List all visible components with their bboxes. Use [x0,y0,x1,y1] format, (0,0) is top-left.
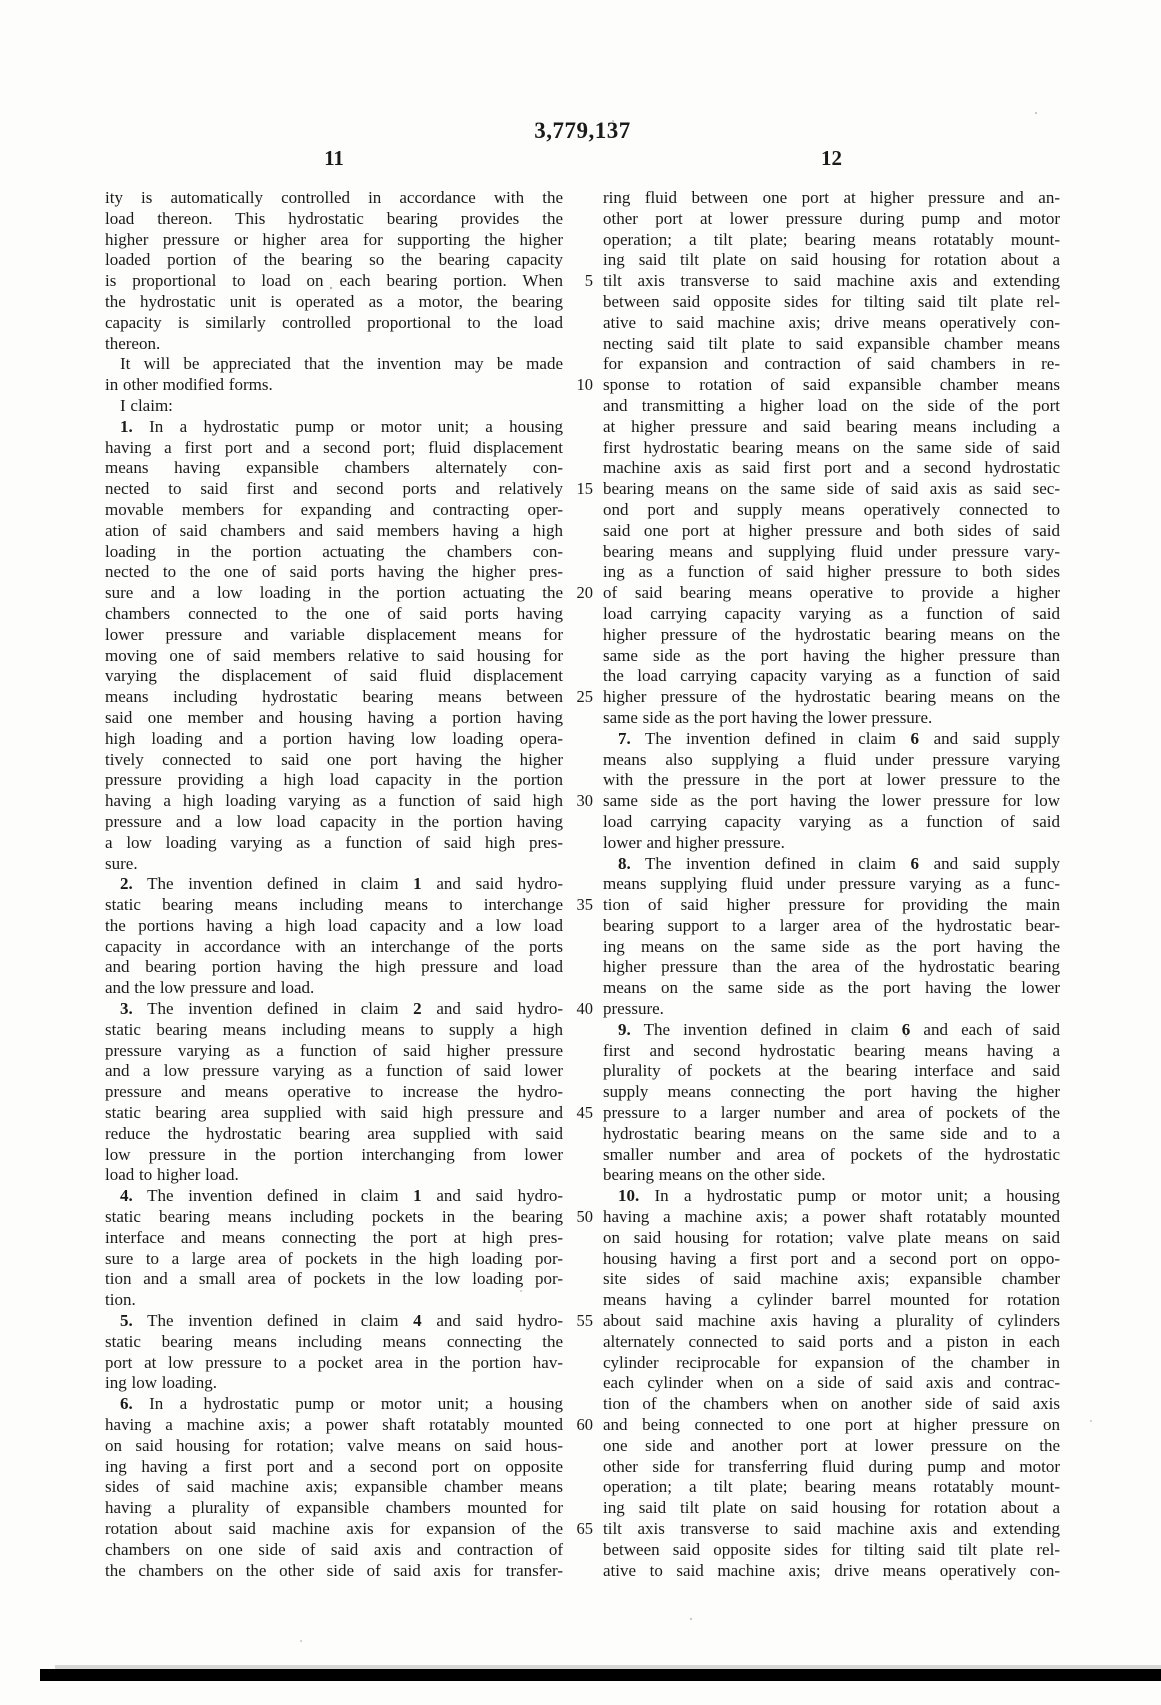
text-line: having a machine axis; a power shaft rot… [105,1415,563,1436]
text-line: the load carrying capacity varying as a … [603,666,1060,687]
text-line: the chambers on the other side of said a… [105,1561,563,1582]
left-column-text: ity is automatically controlled in accor… [105,188,563,1581]
text-line: on said housing for rotation; valve mean… [105,1436,563,1457]
text-line: tilt axis transverse to said machine axi… [603,271,1060,292]
text-line: site sides of said machine axis; expansi… [603,1269,1060,1290]
text-line: smaller number and area of pockets of th… [603,1145,1060,1166]
text-line: the hydrostatic unit is operated as a mo… [105,292,563,313]
text-line: 10. In a hydrostatic pump or motor unit;… [603,1186,1060,1207]
text-line: pressure and means operative to increase… [105,1082,563,1103]
text-line: and a low pressure varying as a function… [105,1061,563,1082]
text-line: nected to said first and second ports an… [105,479,563,500]
text-line: and being connected to one port at highe… [603,1415,1060,1436]
text-line: bearing support to a larger area of the … [603,916,1060,937]
text-line: 3. The invention defined in claim 2 and … [105,999,563,1020]
text-line: loading in the portion actuating the cha… [105,542,563,563]
text-line: It will be appreciated that the inventio… [105,354,563,375]
text-line: first hydrostatic bearing means on the s… [603,438,1060,459]
text-line: tion and a small area of pockets in the … [105,1269,563,1290]
text-line: machine axis as said first port and a se… [603,458,1060,479]
text-line: pressure varying as a function of said h… [105,1041,563,1062]
text-line: load to higher load. [105,1165,563,1186]
text-line: tion. [105,1290,563,1311]
text-line: ation of said chambers and said members … [105,521,563,542]
text-line: the portions having a high load capacity… [105,916,563,937]
text-line: is proportional to load on each bearing … [105,271,563,292]
text-line: means including hydrostatic bearing mean… [105,687,563,708]
text-line: higher pressure or higher area for suppo… [105,230,563,251]
text-line: ing said tilt plate on said housing for … [603,1498,1060,1519]
text-line: at higher pressure and said bearing mean… [603,417,1060,438]
text-line: ing said tilt plate on said housing for … [603,250,1060,271]
text-line: higher pressure of the hydrostatic beari… [603,687,1060,708]
line-number: 60 [563,1415,593,1436]
text-line: thereon. [105,334,563,355]
text-line: housing having a first port and a second… [603,1249,1060,1270]
line-number: 5 [563,271,593,292]
text-line: means on the same side as the port havin… [603,978,1060,999]
scan-edge-bar [40,1669,1161,1681]
text-line: lower and higher pressure. [603,833,1060,854]
line-number: 10 [563,375,593,396]
text-line: ing as a function of said higher pressur… [603,562,1060,583]
text-line: 7. The invention defined in claim 6 and … [603,729,1060,750]
text-line: tion of the chambers when on another sid… [603,1394,1060,1415]
text-line: in other modified forms. [105,375,563,396]
text-line: cylinder reciprocable for expansion of t… [603,1353,1060,1374]
text-line: ity is automatically controlled in accor… [105,188,563,209]
text-line: supply means connecting the port having … [603,1082,1060,1103]
text-line: other side for transferring fluid during… [603,1457,1060,1478]
text-line: for expansion and contraction of said ch… [603,354,1060,375]
text-line: 1. In a hydrostatic pump or motor unit; … [105,417,563,438]
text-line: pressure. [603,999,1060,1020]
text-line: ing means on the same side as the port h… [603,937,1060,958]
text-line: sides of said machine axis; expansible c… [105,1477,563,1498]
text-line: of said bearing means operative to provi… [603,583,1060,604]
text-line: sure. [105,854,563,875]
text-line: same side as the port having the lower p… [603,708,1060,729]
right-column-text: ring fluid between one port at higher pr… [603,188,1060,1581]
text-line: low pressure in the portion interchangin… [105,1145,563,1166]
text-line: and transmitting a higher load on the si… [603,396,1060,417]
text-line: port at low pressure to a pocket area in… [105,1353,563,1374]
text-line: 6. In a hydrostatic pump or motor unit; … [105,1394,563,1415]
text-line: tively connected to said one port having… [105,750,563,771]
text-line: interface and means connecting the port … [105,1228,563,1249]
text-line: sure and a low loading in the portion ac… [105,583,563,604]
text-line: pressure and a low load capacity in the … [105,812,563,833]
text-line: static bearing area supplied with said h… [105,1103,563,1124]
text-line: operation; a tilt plate; bearing means r… [603,1477,1060,1498]
text-line: static bearing means including pockets i… [105,1207,563,1228]
line-number: 35 [563,895,593,916]
text-line: 4. The invention defined in claim 1 and … [105,1186,563,1207]
text-line: higher pressure than the area of the hyd… [603,957,1060,978]
text-line: static bearing means including means to … [105,895,563,916]
text-line: between said opposite sides for tilting … [603,292,1060,313]
text-line: varying the displacement of said fluid d… [105,666,563,687]
line-number: 25 [563,687,593,708]
text-line: static bearing means including means to … [105,1020,563,1041]
text-line: and bearing portion having the high pres… [105,957,563,978]
text-line: bearing means on the other side. [603,1165,1060,1186]
text-line: capacity is similarly controlled proport… [105,313,563,334]
line-number: 15 [563,479,593,500]
text-line: said one port at higher pressure and bot… [603,521,1060,542]
text-line: 8. The invention defined in claim 6 and … [603,854,1060,875]
text-line: 2. The invention defined in claim 1 and … [105,874,563,895]
text-line: about said machine axis having a plurali… [603,1311,1060,1332]
text-line: chambers on one side of said axis and co… [105,1540,563,1561]
text-line: bearing means and supplying fluid under … [603,542,1060,563]
text-line: nected to the one of said ports having t… [105,562,563,583]
text-line: other port at lower pressure during pump… [603,209,1060,230]
text-line: pressure to a larger number and area of … [603,1103,1060,1124]
text-line: static bearing means including means con… [105,1332,563,1353]
text-line: means also supplying a fluid under press… [603,750,1060,771]
text-line: said one member and housing having a por… [105,708,563,729]
text-line: movable members for expanding and contra… [105,500,563,521]
text-line: capacity in accordance with an interchan… [105,937,563,958]
text-line: sponse to rotation of said expansible ch… [603,375,1060,396]
text-line: means having a cylinder barrel mounted f… [603,1290,1060,1311]
line-number: 55 [563,1311,593,1332]
text-line: I claim: [105,396,563,417]
patent-page: 3,779,137 11 12 ity is automatically con… [0,0,1161,1705]
text-line: having a first port and a second port; f… [105,438,563,459]
text-line: higher pressure of the hydrostatic beari… [603,625,1060,646]
line-number: 65 [563,1519,593,1540]
text-line: load carrying capacity varying as a func… [603,604,1060,625]
text-line: reduce the hydrostatic bearing area supp… [105,1124,563,1145]
text-line: having a machine axis; a power shaft rot… [603,1207,1060,1228]
text-line: with the pressure in the port at lower p… [603,770,1060,791]
text-line: same side as the port having the lower p… [603,791,1060,812]
text-line: bearing means on the same side of said a… [603,479,1060,500]
text-line: plurality of pockets at the bearing inte… [603,1061,1060,1082]
line-number: 40 [563,999,593,1020]
text-line: 5. The invention defined in claim 4 and … [105,1311,563,1332]
line-number: 50 [563,1207,593,1228]
text-line: alternately connected to said ports and … [603,1332,1060,1353]
text-line: means supplying fluid under pressure var… [603,874,1060,895]
text-line: means having expansible chambers alterna… [105,458,563,479]
text-line: and the low pressure and load. [105,978,563,999]
line-number: 20 [563,583,593,604]
text-line: first and second hydrostatic bearing mea… [603,1041,1060,1062]
text-line: a low loading varying as a function of s… [105,833,563,854]
text-line: on said housing for rotation; valve plat… [603,1228,1060,1249]
text-line: 9. The invention defined in claim 6 and … [603,1020,1060,1041]
text-line: operation; a tilt plate; bearing means r… [603,230,1060,251]
text-line: sure to a large area of pockets in the h… [105,1249,563,1270]
text-line: tilt axis transverse to said machine axi… [603,1519,1060,1540]
text-line: ing having a first port and a second por… [105,1457,563,1478]
text-line: lower pressure and variable displacement… [105,625,563,646]
text-line: ative to said machine axis; drive means … [603,1561,1060,1582]
text-line: loaded portion of the bearing so the bea… [105,250,563,271]
text-line: load thereon. This hydrostatic bearing p… [105,209,563,230]
text-line: having a high loading varying as a funct… [105,791,563,812]
line-number: 30 [563,791,593,812]
text-line: rotation about said machine axis for exp… [105,1519,563,1540]
left-column-number: 11 [105,146,563,171]
text-line: moving one of said members relative to s… [105,646,563,667]
text-line: each cylinder when on a side of said axi… [603,1373,1060,1394]
text-line: chambers connected to the one of said po… [105,604,563,625]
text-line: high loading and a portion having low lo… [105,729,563,750]
text-line: tion of said higher pressure for providi… [603,895,1060,916]
text-line: ond port and supply means operatively co… [603,500,1060,521]
line-number-gutter: 5101520253035404550556065 [563,0,593,1705]
text-line: same side as the port having the higher … [603,646,1060,667]
text-line: necting said tilt plate to said expansib… [603,334,1060,355]
text-line: ative to said machine axis; drive means … [603,313,1060,334]
text-line: one side and another port at lower press… [603,1436,1060,1457]
text-line: ring fluid between one port at higher pr… [603,188,1060,209]
line-number: 45 [563,1103,593,1124]
text-line: hydrostatic bearing means on the same si… [603,1124,1060,1145]
text-line: ing low loading. [105,1373,563,1394]
text-line: pressure providing a high load capacity … [105,770,563,791]
scan-speckles [0,0,2,2]
right-column-number: 12 [603,146,1060,171]
text-line: having a plurality of expansible chamber… [105,1498,563,1519]
text-line: load carrying capacity varying as a func… [603,812,1060,833]
text-line: between said opposite sides for tilting … [603,1540,1060,1561]
